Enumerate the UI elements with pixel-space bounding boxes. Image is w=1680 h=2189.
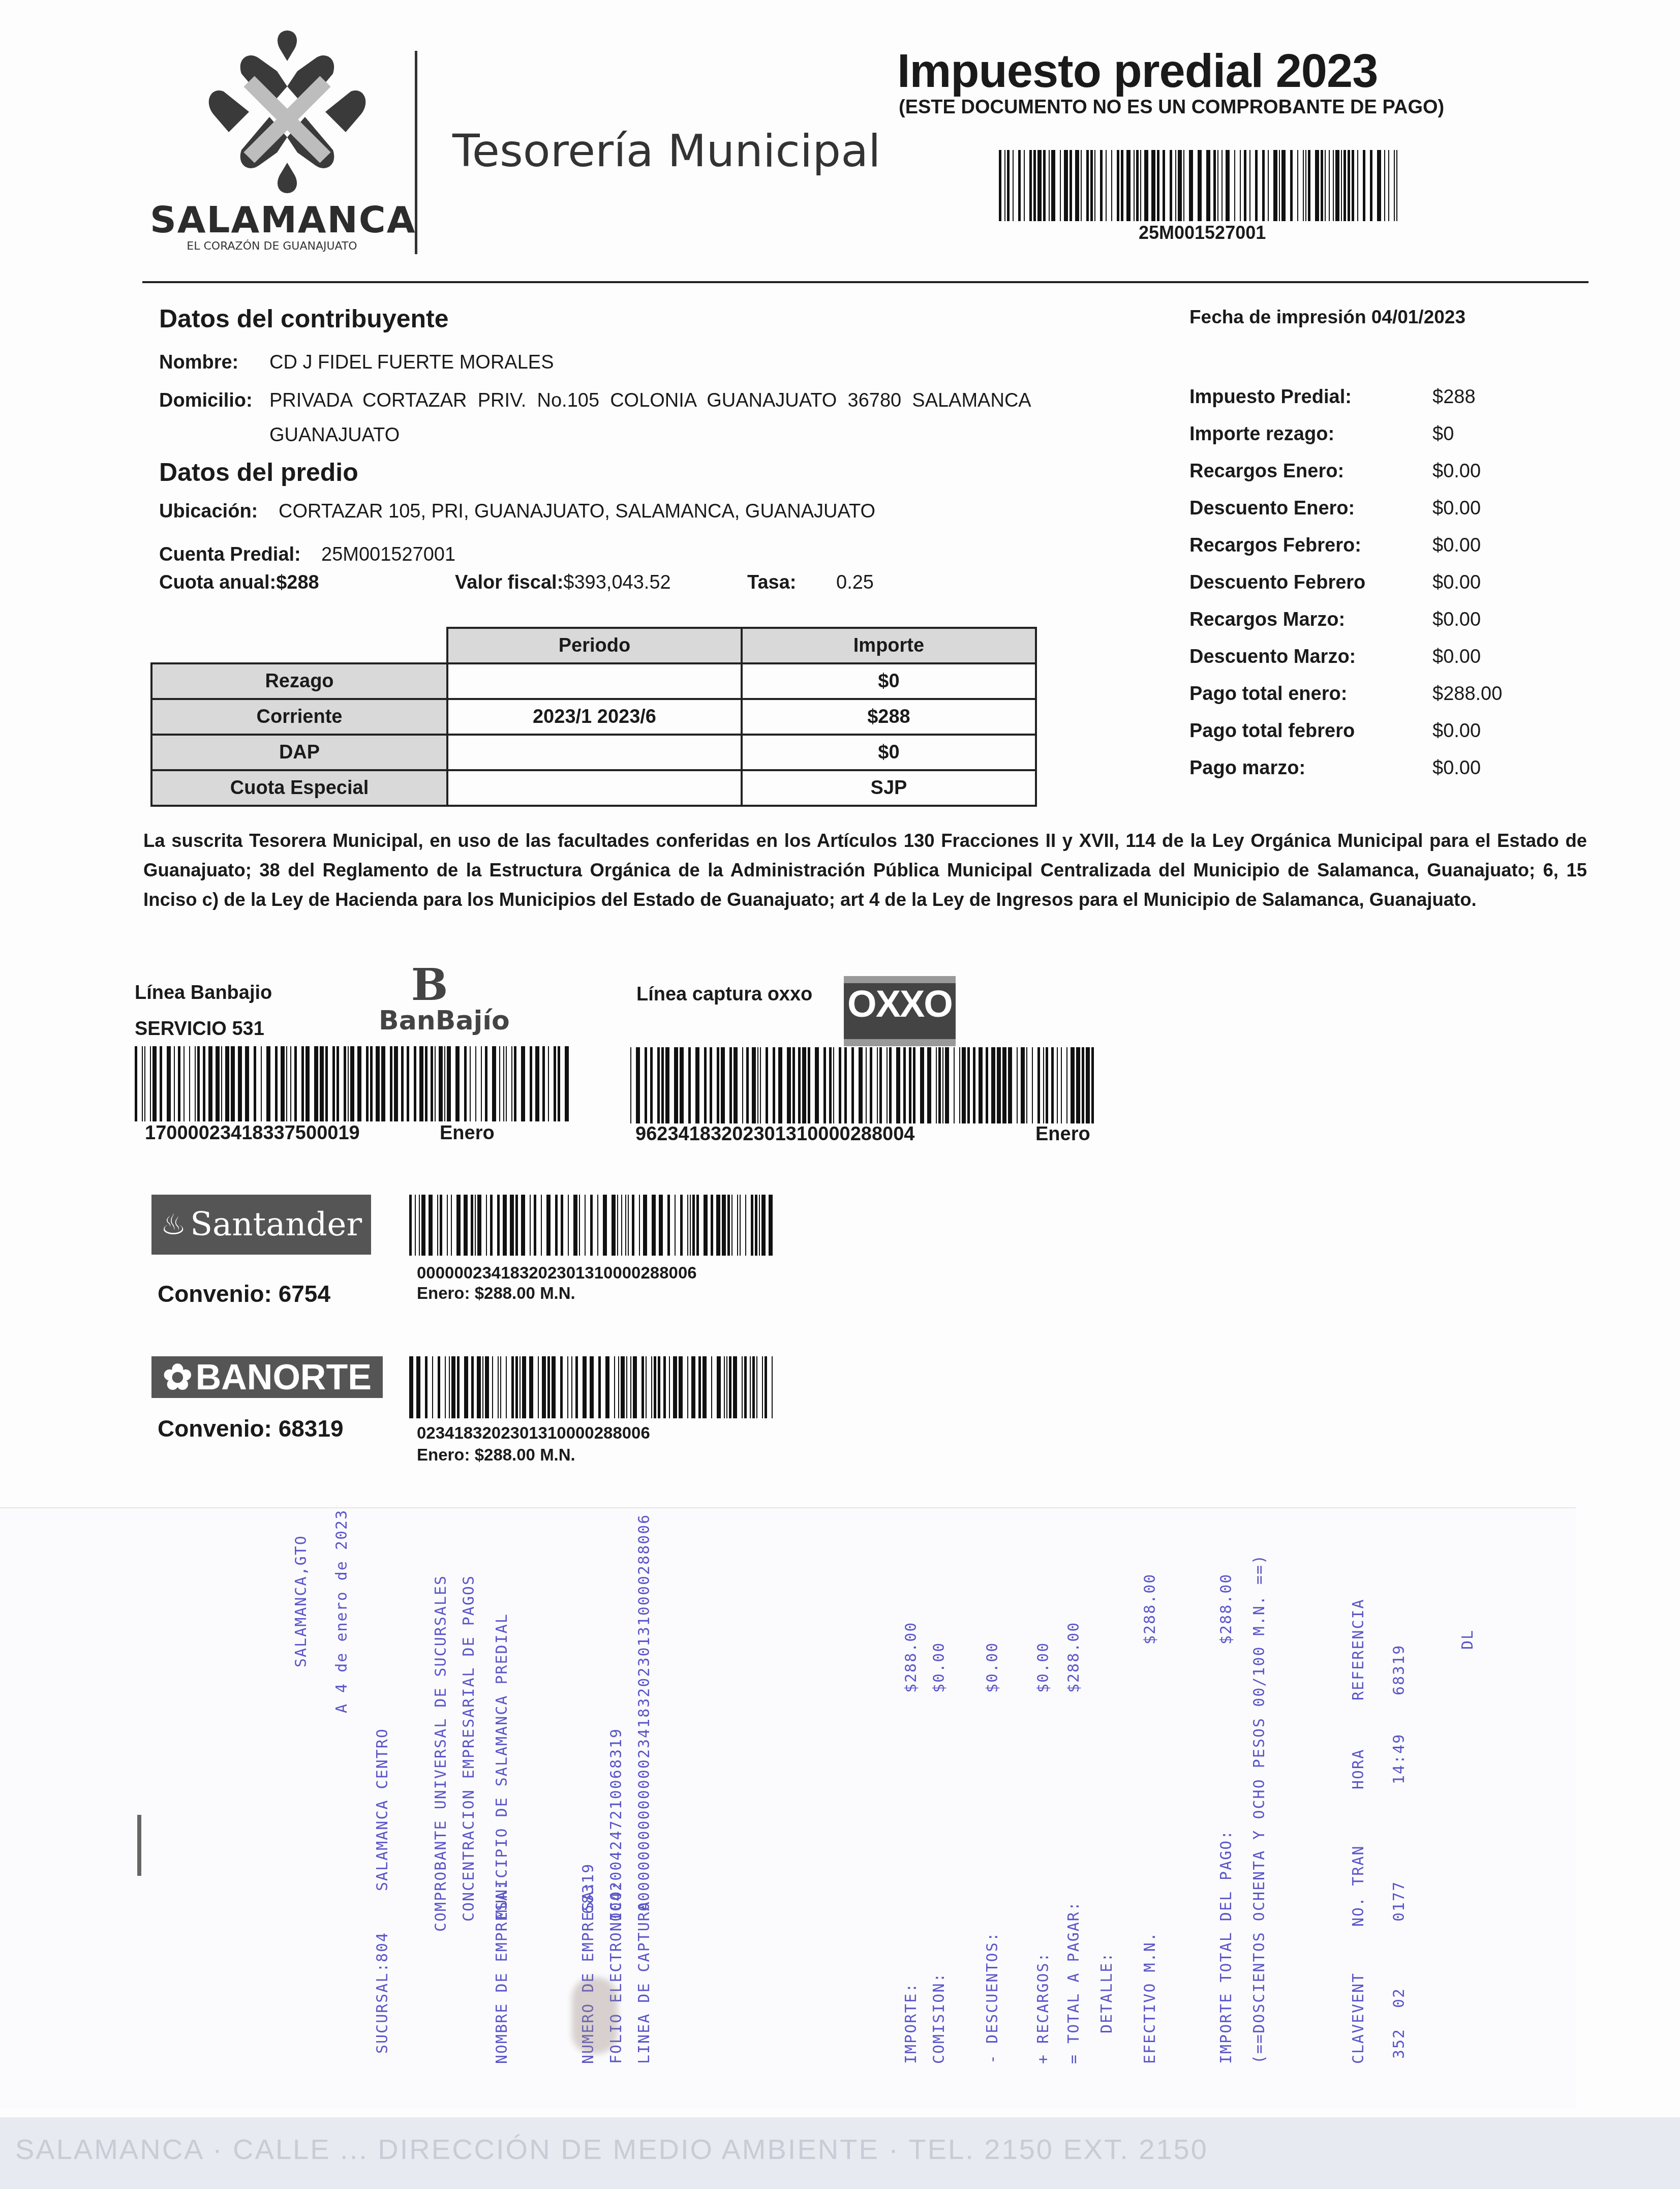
santander-amount: Enero: $288.00 M.N. (417, 1284, 575, 1303)
banbajio-logo-text: BanBajío (379, 1006, 480, 1036)
summary-row: Impuesto Predial:$288 (1189, 379, 1545, 416)
municipality-tagline: EL CORAZÓN DE GUANAJUATO (150, 240, 394, 253)
receipt-date: A 4 de enero de 2023 (333, 1509, 351, 1713)
summary-row: Descuento Marzo:$0.00 (1189, 639, 1545, 676)
rate-label: Tasa: (747, 572, 796, 594)
property-section-title: Datos del predio (159, 458, 358, 487)
account-barcode-number: 25M001527001 (1139, 222, 1266, 244)
santander-barcode (409, 1195, 775, 1256)
print-date: Fecha de impresión 04/01/2023 (1189, 307, 1465, 328)
row-amount: $288 (742, 699, 1036, 735)
department-title: Tesorería Municipal (452, 125, 881, 177)
row-period: 2023/1 2023/6 (447, 699, 742, 735)
receipt-total-words: (==DOSCIENTOS OCHENTA Y OCHO PESOS 00/10… (1250, 1554, 1268, 2064)
oxxo-barcode-number: 96234183202301310000288004 (635, 1123, 914, 1145)
summary-value: $0 (1432, 423, 1454, 445)
receipt-amount-label: = TOTAL A PAGAR: (1065, 1901, 1083, 2064)
receipt-amount-label: COMISION: (930, 1972, 948, 2064)
summary-label: Descuento Enero: (1189, 498, 1432, 520)
annual-fee-value: $288 (276, 572, 319, 593)
summary-value: $0.00 (1432, 720, 1481, 742)
banorte-logo: ✿BANORTE (151, 1356, 383, 1398)
receipt-amount-value: $0.00 (1034, 1642, 1052, 1693)
receipt-total-value: $288.00 (1217, 1573, 1235, 1645)
legal-text: La suscrita Tesorera Municipal, en uso d… (143, 826, 1587, 915)
banorte-logo-text: BANORTE (196, 1357, 372, 1397)
receipt-grid-header: CLAVE (1350, 2013, 1367, 2064)
banbajio-logo: B BanBajío (379, 965, 480, 1036)
annual-fee: Cuota anual:$288 (159, 572, 319, 594)
receipt-amount-value: $0.00 (930, 1642, 948, 1693)
summary-value: $0.00 (1432, 535, 1481, 557)
banbajio-b-icon: B (379, 965, 480, 1006)
row-period (447, 770, 742, 806)
table-corner (151, 628, 447, 663)
receipt-capture-label: LINEA DE CAPTURA (635, 1901, 653, 2064)
salamanca-logo-icon (193, 31, 381, 193)
receipt-total-label: IMPORTE TOTAL DEL PAGO: (1217, 1830, 1235, 2064)
summary-row: Descuento Enero:$0.00 (1189, 490, 1545, 527)
receipt-grid-value: 68319 (1390, 1645, 1408, 1695)
name-label: Nombre: (159, 352, 238, 374)
receipt-amount-value: $288.00 (902, 1622, 920, 1693)
row-period (447, 735, 742, 770)
summary-row: Pago total enero:$288.00 (1189, 676, 1545, 713)
santander-agreement: Convenio: 6754 (158, 1280, 330, 1308)
row-concept: Corriente (151, 699, 447, 735)
receipt-grid-header: NO. TRAN (1350, 1845, 1367, 1927)
summary-value: $288 (1432, 386, 1476, 408)
banorte-amount: Enero: $288.00 M.N. (417, 1445, 575, 1465)
footer-watermark: SALAMANCA · CALLE ... DIRECCIÓN DE MEDIO… (15, 2133, 1208, 2166)
summary-value: $0.00 (1432, 609, 1481, 631)
municipality-name: SALAMANCA (150, 198, 394, 241)
summary-value: $288.00 (1432, 683, 1502, 705)
contributor-section-title: Datos del contribuyente (159, 304, 449, 333)
summary-label: Descuento Marzo: (1189, 646, 1432, 668)
summary-label: Descuento Febrero (1189, 572, 1432, 594)
summary-label: Recargos Enero: (1189, 461, 1432, 482)
banbajio-barcode (135, 1046, 577, 1121)
summary-value: $0.00 (1432, 461, 1481, 482)
santander-logo: ♨Santander (151, 1195, 371, 1255)
property-account: 25M001527001 (321, 544, 455, 566)
receipt-amount-value: $288.00 (1065, 1622, 1083, 1693)
row-concept: DAP (151, 735, 447, 770)
table-row: Cuota EspecialSJP (151, 770, 1036, 806)
receipt-voucher-line1: COMPROBANTE UNIVERSAL DE SUCURSALES (432, 1575, 450, 1932)
receipt-cash-label: EFECTIVO M.N. (1141, 1931, 1159, 2064)
contributor-address-line2: GUANAJUATO (269, 424, 400, 446)
summary-label: Recargos Febrero: (1189, 535, 1432, 557)
fiscal-value-label: Valor fiscal: (455, 572, 563, 593)
banbajio-service: SERVICIO 531 (135, 1018, 264, 1040)
summary-value: $0.00 (1432, 498, 1481, 520)
address-label: Domicilio: (159, 390, 253, 412)
receipt-branch-number: 804 (374, 1932, 391, 1962)
fiscal-value: Valor fiscal:$393,043.52 (455, 572, 671, 594)
oxxo-barcode (630, 1047, 1098, 1123)
column-header-amount: Importe (742, 628, 1036, 663)
row-period (447, 663, 742, 699)
summary-row: Recargos Marzo:$0.00 (1189, 601, 1545, 639)
summary-value: $0.00 (1432, 757, 1481, 779)
receipt-folio: 0042004247210068319 (607, 1728, 625, 1922)
oxxo-month: Enero (1035, 1123, 1090, 1145)
summary-label: Pago total enero: (1189, 683, 1432, 705)
ink-smudge (572, 1978, 618, 2054)
table-row: Rezago$0 (151, 663, 1036, 699)
summary-label: Impuesto Predial: (1189, 386, 1432, 408)
banbajio-line-label: Línea Banbajio (135, 982, 272, 1004)
receipt-cash-value: $288.00 (1141, 1573, 1159, 1645)
oxxo-line-label: Línea captura oxxo (636, 984, 812, 1006)
table-row: DAP$0 (151, 735, 1036, 770)
bank-receipt (0, 1507, 1576, 2108)
summary-row: Pago total febrero$0.00 (1189, 713, 1545, 750)
staple-mark (137, 1815, 141, 1876)
banbajio-month: Enero (440, 1122, 495, 1144)
santander-barcode-number: 00000023418320230131000028800​6 (417, 1263, 697, 1283)
annual-fee-label: Cuota anual: (159, 572, 276, 593)
receipt-city: SALAMANCA,GTO (292, 1535, 310, 1667)
fiscal-value-amount: $393,043.52 (563, 572, 670, 593)
row-concept: Rezago (151, 663, 447, 699)
receipt-voucher-line2: CONCENTRACION EMPRESARIAL DE PAGOS (460, 1575, 478, 1922)
receipt-grid-value: 02 (1390, 1988, 1408, 2008)
receipt-grid-header: REFERENCIA (1350, 1598, 1367, 1700)
receipt-branch-label: SUCURSAL: (374, 1962, 391, 2054)
oxxo-logo: OXXO (844, 976, 956, 1046)
contributor-name: CD J FIDEL FUERTE MORALES (269, 352, 554, 374)
summary-row: Recargos Febrero:$0.00 (1189, 527, 1545, 564)
summary-row: Descuento Febrero$0.00 (1189, 564, 1545, 601)
receipt-amount-label: - DESCUENTOS: (984, 1931, 1001, 2064)
banorte-agreement: Convenio: 68319 (158, 1415, 344, 1442)
row-amount: SJP (742, 770, 1036, 806)
summary-label: Pago marzo: (1189, 757, 1432, 779)
receipt-grid-value: 14:49 (1390, 1734, 1408, 1784)
contributor-address-line1: PRIVADA CORTAZAR PRIV. No.105 COLONIA GU… (269, 390, 1031, 412)
receipt-company-number: 68319 (579, 1863, 597, 1914)
santander-logo-text: Santander (190, 1206, 362, 1243)
property-location: CORTAZAR 105, PRI, GUANAJUATO, SALAMANCA… (279, 501, 875, 523)
banorte-barcode-number: 02341832023013100002880​06 (417, 1423, 650, 1443)
receipt-amount-label: IMPORTE: (902, 1983, 920, 2064)
summary-value: $0.00 (1432, 646, 1481, 668)
row-amount: $0 (742, 663, 1036, 699)
summary-row: Pago marzo:$0.00 (1189, 750, 1545, 787)
santander-flame-icon: ♨ (161, 1208, 186, 1241)
row-amount: $0 (742, 735, 1036, 770)
receipt-branch-name: SALAMANCA CENTRO (374, 1728, 391, 1891)
summary-label: Pago total febrero (1189, 720, 1432, 742)
banbajio-barcode-number: 17000023418337500019 (145, 1122, 360, 1144)
document-title: Impuesto predial 2023 (897, 45, 1378, 98)
banorte-symbol-icon: ✿ (163, 1356, 193, 1398)
period-table: Periodo Importe Rezago$0Corriente2023/1 … (150, 627, 1037, 807)
header-rule (142, 281, 1589, 283)
column-header-period: Periodo (447, 628, 742, 663)
account-label: Cuenta Predial: (159, 544, 301, 566)
summary-label: Recargos Marzo: (1189, 609, 1432, 631)
print-date-value: 04/01/2023 (1371, 307, 1465, 327)
summary-row: Recargos Enero:$0.00 (1189, 453, 1545, 490)
header-divider (415, 51, 417, 254)
location-label: Ubicación: (159, 501, 258, 523)
receipt-grid-header: HORA (1350, 1749, 1367, 1789)
print-date-label: Fecha de impresión (1189, 307, 1366, 327)
receipt-capture-line: 0000000000000002341832023013100002880​06 (635, 1514, 653, 1911)
receipt-amount-label: + RECARGOS: (1034, 1952, 1052, 2064)
summary-value: $0.00 (1432, 572, 1481, 594)
receipt-amount-value: $0.00 (984, 1642, 1001, 1693)
account-barcode (999, 150, 1400, 221)
receipt-grid-header: VENT (1350, 1972, 1367, 2013)
payment-summary: Impuesto Predial:$288Importe rezago:$0Re… (1189, 379, 1545, 787)
receipt-grid-value: 352 (1390, 2028, 1408, 2059)
receipt-grid-value: 0177 (1390, 1881, 1408, 1922)
banorte-barcode (409, 1356, 775, 1418)
document-disclaimer: (ESTE DOCUMENTO NO ES UN COMPROBANTE DE … (899, 97, 1444, 118)
receipt-detail-label: DETALLE: (1098, 1952, 1116, 2034)
summary-label: Importe rezago: (1189, 423, 1432, 445)
rate-value: 0.25 (836, 572, 874, 594)
receipt-company-name: MUNICIPIO DE SALAMANCA PREDIAL (493, 1613, 511, 1919)
row-concept: Cuota Especial (151, 770, 447, 806)
receipt-initials: DL (1459, 1629, 1477, 1650)
table-row: Corriente2023/1 2023/6$288 (151, 699, 1036, 735)
summary-row: Importe rezago:$0 (1189, 416, 1545, 453)
